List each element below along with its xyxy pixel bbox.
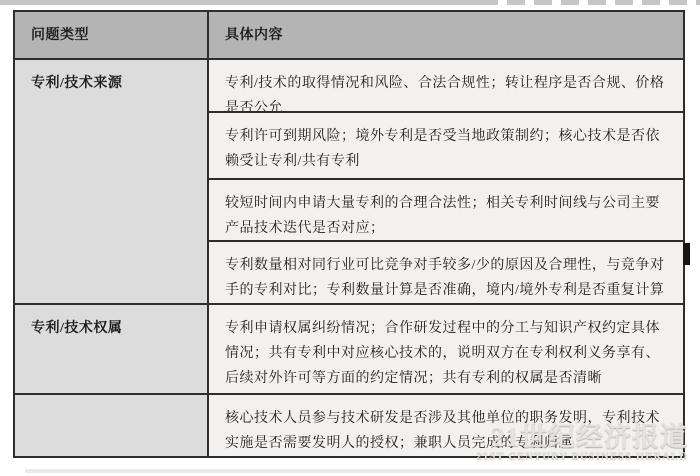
- content-cell-source-3: 较短时间内申请大量专利的合理合法性；相关专利时间线与公司主要产品技术迭代是否对应…: [209, 180, 683, 240]
- header-cell-detail-content: 具体内容: [209, 12, 683, 58]
- patent-issues-table: 问题类型 具体内容 专利/技术来源 专利/技术的取得情况和风险、合法合规性；转让…: [13, 10, 685, 458]
- header-cell-issue-type: 问题类型: [15, 12, 207, 58]
- row-label-patent-tech-source: 专利/技术来源: [15, 60, 207, 303]
- content-cell-source-2: 专利许可到期风险；境外专利是否受当地政策制约；核心技术是否依赖受让专利/共有专利: [209, 113, 683, 178]
- border-artifact: [683, 243, 690, 265]
- content-cell-source-1: 专利/技术的取得情况和风险、合法合规性；转让程序是否合规、价格是否公允: [209, 60, 683, 111]
- cropped-row-strip-bottom: [25, 469, 640, 473]
- row-label-patent-tech-ownership: 专利/技术权属: [15, 305, 207, 393]
- cropped-row-strip-dashes: [480, 0, 700, 5]
- content-cell-ownership-2: 核心技术人员参与技术研发是否涉及其他单位的职务发明，专利技术实施是否需要发明人的…: [209, 395, 683, 456]
- row-label-empty: [15, 395, 207, 456]
- content-cell-ownership-1: 专利申请权属纠纷情况；合作研发过程中的分工与知识产权约定具体情况；共有专利中对应…: [209, 305, 683, 393]
- content-cell-source-4: 专利数量相对同行业可比竞争对手较多/少的原因及合理性，与竞争对手的专利对比；专利…: [209, 242, 683, 303]
- cropped-row-strip-top: [0, 0, 700, 5]
